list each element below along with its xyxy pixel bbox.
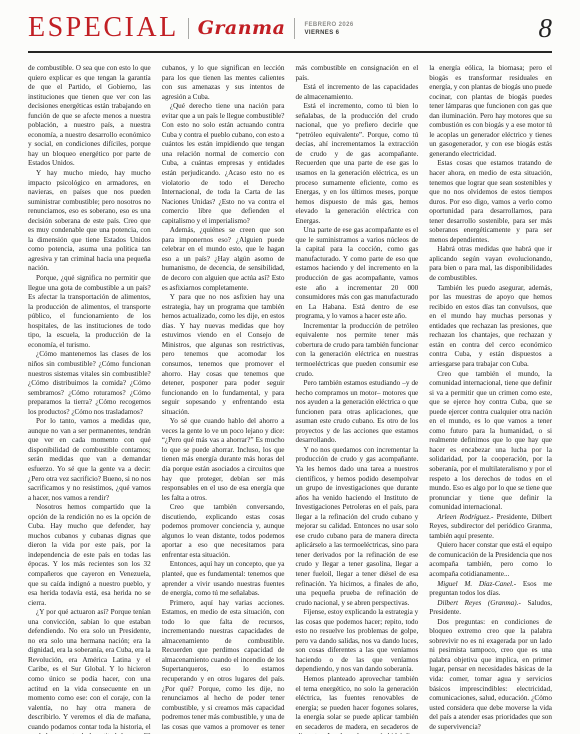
article-body: de combustible. O sea que con esto lo qu… [28, 64, 552, 734]
header-divider [294, 18, 295, 39]
paragraph: Miguel M. Díaz-Canel.- Esos me preguntan… [429, 580, 552, 599]
paragraph: Además, ¿quiénes se creen que son para i… [162, 226, 285, 293]
paragraph: de combustible. O sea que con esto lo qu… [28, 64, 151, 169]
paragraph: Incrementar la producción de petróleo eq… [296, 322, 419, 379]
header-rule [28, 51, 552, 53]
paragraph: ¿Cómo mantenemos las clases de los niños… [28, 350, 151, 417]
paragraph: Está el incremento de las capacidades de… [296, 83, 419, 102]
page-header: ESPECIAL Granma FEBRERO 2026 VIERNES 6 8 [28, 12, 552, 44]
header-divider [188, 18, 189, 39]
paragraph: Entonces, aquí hay un concepto, que ya p… [162, 560, 285, 598]
paragraph: Porque, ¿qué significa no permitir que l… [28, 274, 151, 350]
newspaper-page: ESPECIAL Granma FEBRERO 2026 VIERNES 6 8… [0, 0, 580, 734]
paragraph: Yo sé que cuando hablo del ahorro a vece… [162, 417, 285, 503]
paragraph: Pero también estamos estudiando –y de he… [296, 379, 419, 446]
section-title: ESPECIAL [28, 14, 179, 42]
page-number: 8 [539, 15, 553, 42]
speaker-name: Arleen Rodríguez.- [437, 513, 496, 521]
paragraph: Quiero hacer constar que está el equipo … [429, 541, 552, 579]
date-day: VIERNES 6 [304, 29, 353, 37]
speaker-name: Miguel M. Díaz-Canel.- [437, 580, 523, 588]
paragraph: Habrá otras medidas que habrá que ir apl… [429, 245, 552, 283]
paragraph: Fíjense, estoy explicando la estrategia … [296, 608, 419, 675]
date-month: FEBRERO 2026 [304, 21, 353, 29]
paragraph: Creo que también conversando, discutiend… [162, 503, 285, 560]
paragraph: Y no nos quedamos con incrementar la pro… [296, 446, 419, 608]
paragraph: Dos preguntas: en condiciones de bloqueo… [429, 618, 552, 733]
paragraph: Está el incremento, como tú bien lo seña… [296, 102, 419, 226]
paragraph: También les puedo asegurar, además, por … [429, 284, 552, 370]
paragraph: Una parte de ese gas acompañante es el q… [296, 226, 419, 321]
paragraph: Dilbert Reyes (Granma).- Saludos, Presid… [429, 599, 552, 618]
paragraph: Creo que también el mundo, la comunidad … [429, 370, 552, 513]
paragraph: ¿Qué derecho tiene una nación para evita… [162, 102, 285, 226]
paragraph: Y para que no nos asfixien hay una estra… [162, 293, 285, 417]
speaker-name: Dilbert Reyes (Granma).- [437, 599, 527, 607]
paragraph: Estas cosas que estamos tratando de hace… [429, 159, 552, 245]
paragraph: Arleen Rodríguez.- Presidente, Dilbert R… [429, 513, 552, 542]
paragraph: Por lo tanto, vamos a medidas que, aunqu… [28, 417, 151, 503]
date-block: FEBRERO 2026 VIERNES 6 [304, 19, 353, 37]
paragraph: Nosotros hemos compartido que la opción … [28, 503, 151, 608]
masthead-logo: Granma [198, 19, 286, 38]
paragraph: Y hay mucho miedo, hay mucho impacto psi… [28, 169, 151, 274]
